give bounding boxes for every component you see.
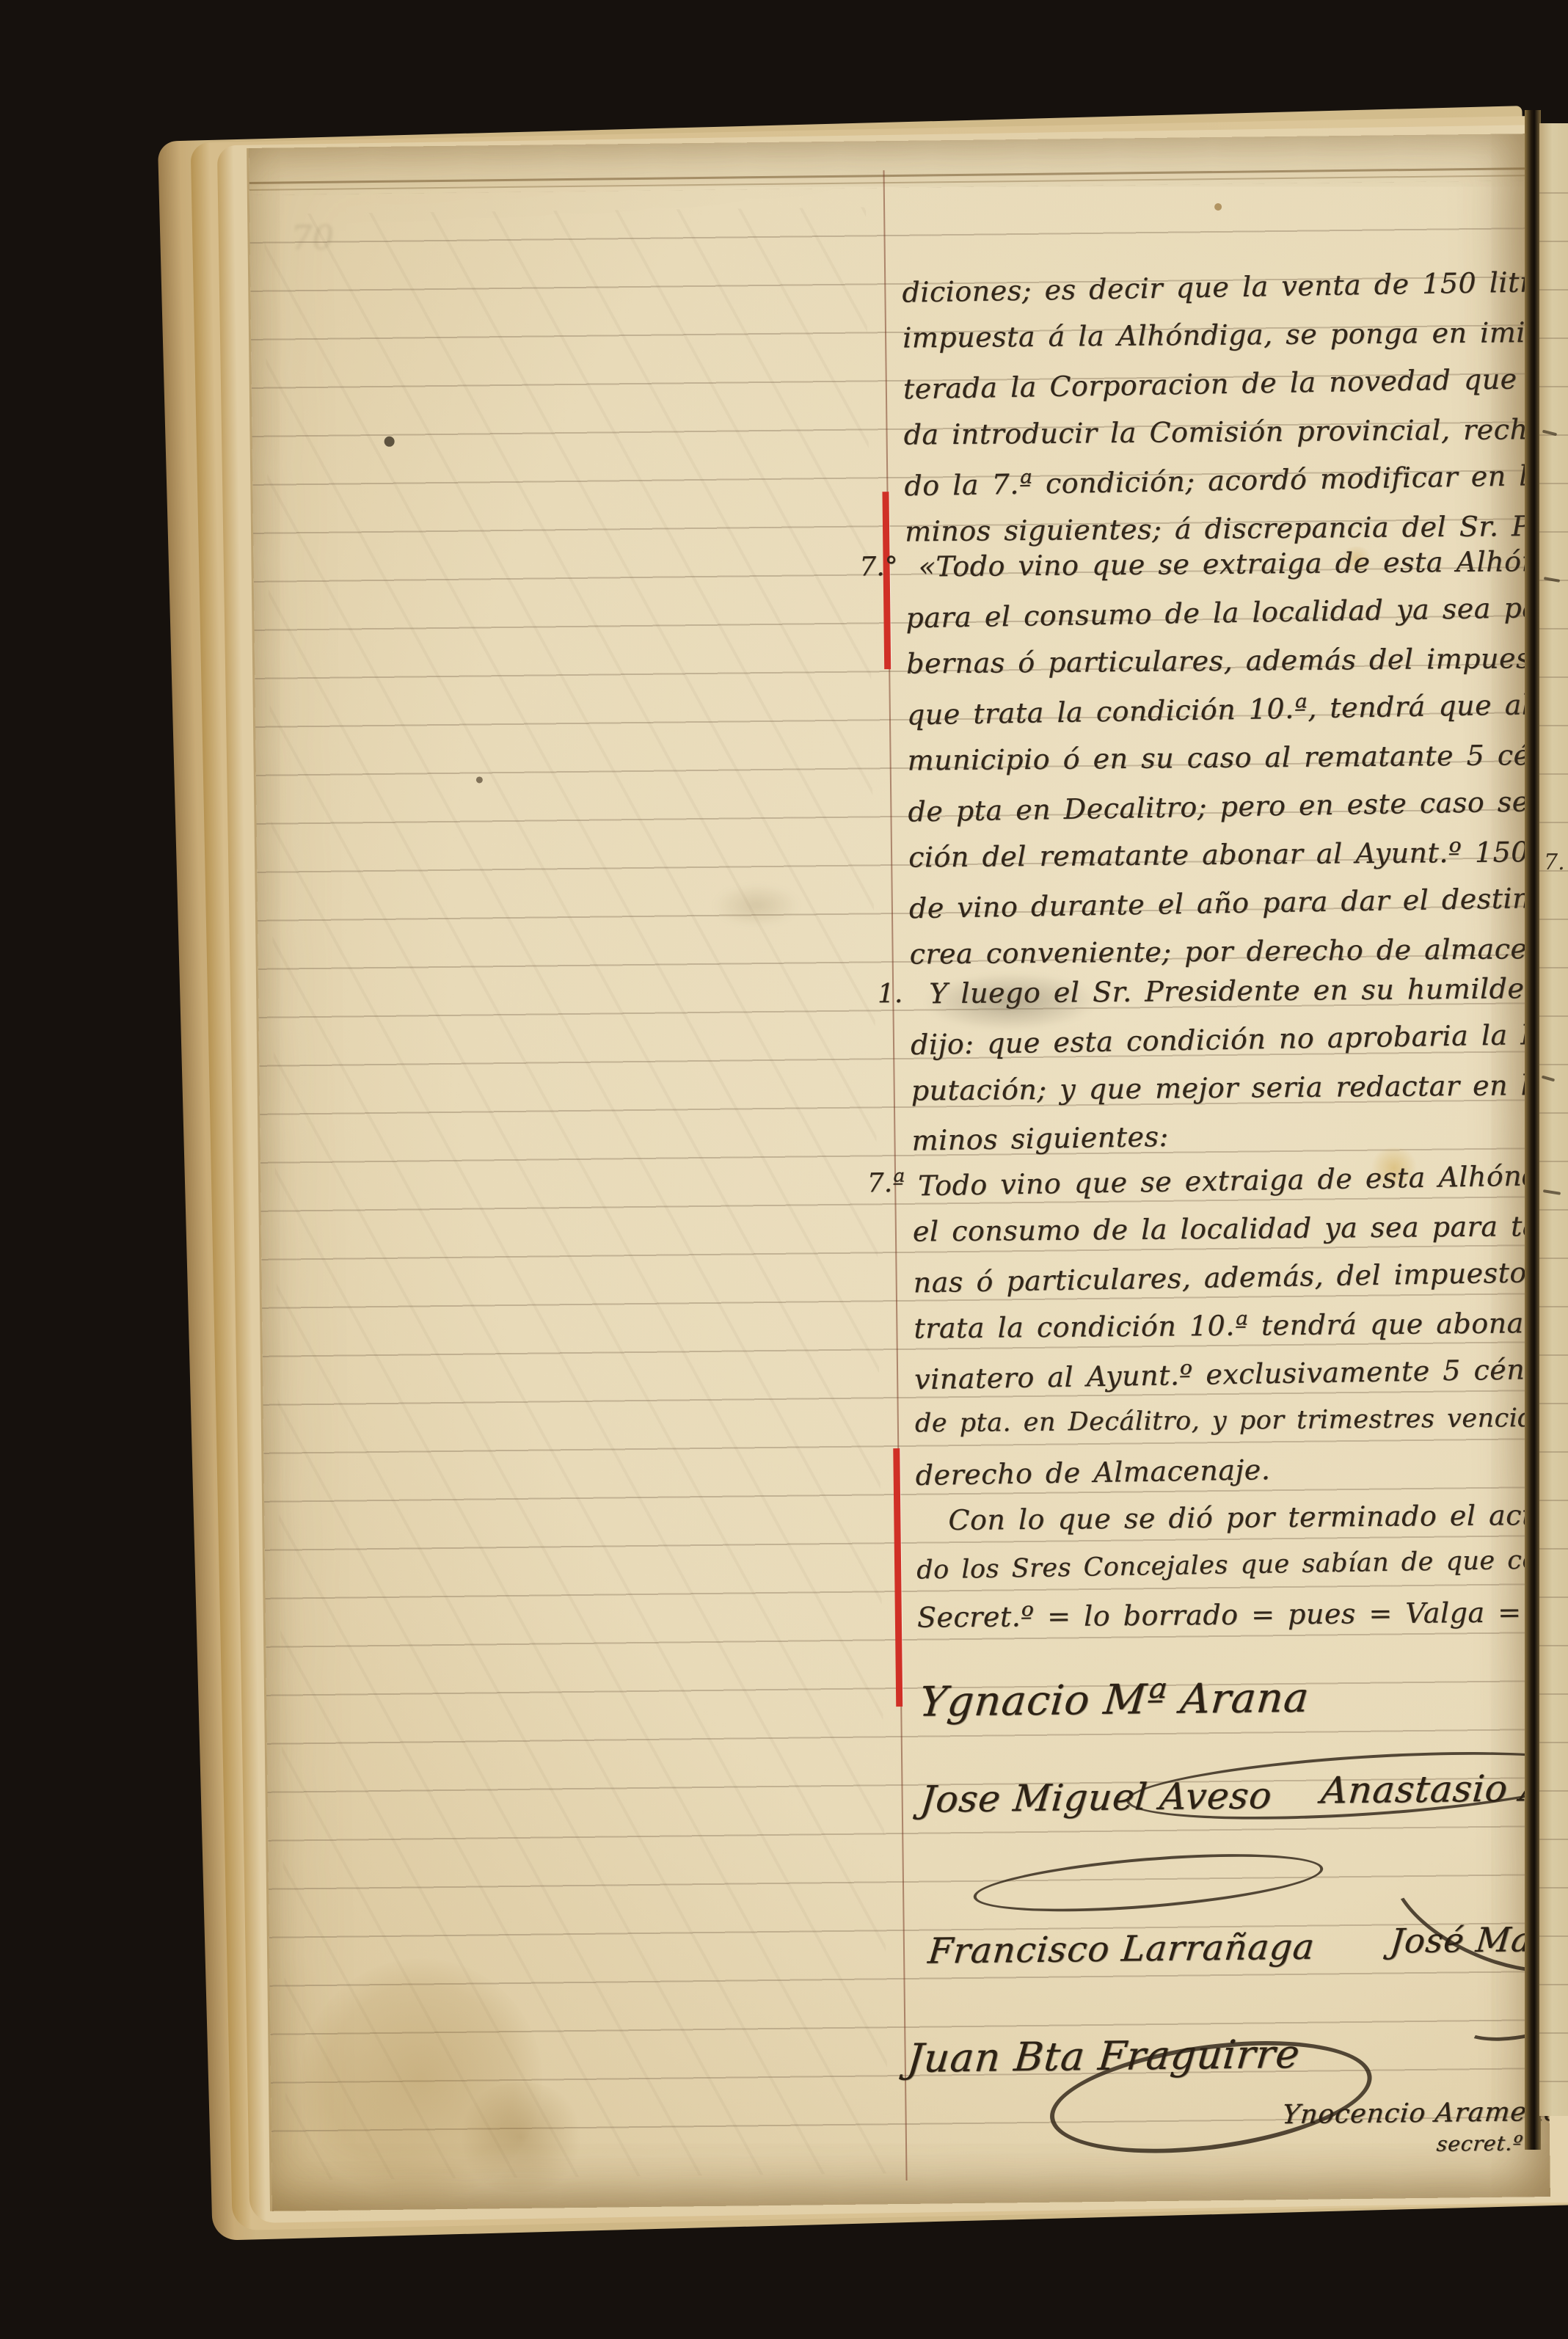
manuscript-line: trata la condición 10.ª tendrá que abona… [914, 1307, 1550, 1345]
manuscript-line: da introducir la Comisión provincial, re… [903, 412, 1550, 450]
paragraph-number: 7.° [831, 552, 897, 583]
manuscript-line: Con lo que se dió por terminado el acto … [948, 1497, 1550, 1536]
paragraph-number: 1. [836, 979, 902, 1010]
manuscript-line: Secret.º = lo borrado = pues = Valga = [917, 1596, 1522, 1633]
manuscript-line: impuesta á la Alhóndiga, se ponga en imi… [902, 315, 1550, 354]
facing-page-sliver: 7. [1539, 123, 1568, 2116]
manuscript-line: minos siguientes: [911, 1120, 1169, 1157]
foxing-spot [1214, 203, 1222, 211]
manuscript-line: de pta. en Decálitro, y por trimestres v… [915, 1402, 1550, 1438]
manuscript-line: derecho de Almacenaje. [915, 1453, 1270, 1492]
ruled-lines [1539, 145, 1568, 2116]
signature-ygnacio-maria-arana: Ygnacio Mª Arana [917, 1674, 1311, 1726]
ink-speck [384, 437, 395, 447]
manuscript-line: el consumo de la localidad ya sea para t… [913, 1209, 1550, 1247]
manuscript-line: ción del rematante abonar al Ayunt.º 150… [908, 835, 1550, 873]
ink-speck [476, 776, 483, 783]
manuscript-line: Y luego el Sr. Presidente en su humilde … [929, 971, 1550, 1010]
manuscript-page: 70 diciones; es decir que la venta de 15… [247, 134, 1550, 2211]
manuscript-line: municipio ó en su caso al rematante 5 cé… [907, 738, 1550, 777]
signature-secretario-title: secret.º [1436, 2131, 1525, 2156]
ink-bleedthrough [264, 207, 888, 2180]
bleedthrough-page-number: 70 [291, 218, 334, 258]
manuscript-line: crea conveniente; por derecho de almacen… [909, 932, 1550, 970]
facing-page-text-fragment: 7. [1544, 850, 1565, 875]
signature-francisco-larranaga: Francisco Larrañaga [926, 1927, 1316, 1972]
photo-of-manuscript: 70 diciones; es decir que la venta de 15… [0, 0, 1568, 2339]
manuscript-line: putación; y que mejor seria redactar en … [911, 1068, 1550, 1107]
manuscript-line: «Todo vino que se extraiga de esta Alhón… [918, 544, 1550, 583]
book-gutter [1525, 110, 1541, 2150]
manuscript-line: minos siguientes; á discrepancia del Sr.… [905, 508, 1550, 547]
manuscript-line: bernas ó particulares, además del impues… [906, 641, 1550, 679]
paragraph-number: 7.ª [839, 1168, 905, 1199]
